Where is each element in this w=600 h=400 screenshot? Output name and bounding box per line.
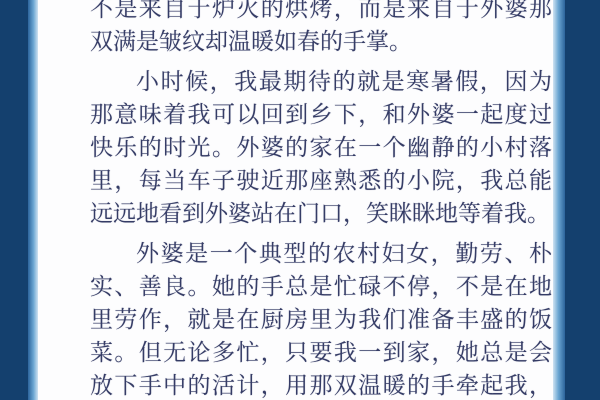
text-line: 菜。但无论多忙，只要我一到家，她总是会 <box>90 336 552 369</box>
text-line: 小时候，我最期待的就是寒暑假，因为 <box>90 65 552 98</box>
text-line: 快乐的时光。外婆的家在一个幽静的小村落 <box>90 131 552 164</box>
right-border-bar <box>565 0 600 400</box>
text-line: 放下手中的活计，用那双温暖的手牵起我， <box>90 369 552 400</box>
left-border-bar <box>0 0 28 400</box>
text-line: 实、善良。她的手总是忙碌不停，不是在地 <box>90 270 552 303</box>
text-line: 双满是皱纹却温暖如春的手掌。 <box>90 25 552 58</box>
text-line: 里，每当车子驶近那座熟悉的小院，我总能 <box>90 164 552 197</box>
text-line: 远远地看到外婆站在门口，笑眯眯地等着我。 <box>90 197 552 230</box>
text-line: 里劳作，就是在厨房里为我们准备丰盛的饭 <box>90 303 552 336</box>
essay-text-block: 不是来自于炉火的烘烤，而是来自于外婆那 双满是皱纹却温暖如春的手掌。 小时候，我… <box>90 0 552 400</box>
photographed-document-page: 不是来自于炉火的烘烤，而是来自于外婆那 双满是皱纹却温暖如春的手掌。 小时候，我… <box>0 0 600 400</box>
text-line: 不是来自于炉火的烘烤，而是来自于外婆那 <box>90 0 552 25</box>
left-accent-strip <box>28 0 38 400</box>
text-line: 外婆是一个典型的农村妇女，勤劳、朴 <box>90 237 552 270</box>
right-accent-strip <box>553 0 565 400</box>
text-line: 那意味着我可以回到乡下，和外婆一起度过 <box>90 98 552 131</box>
document-sheet: 不是来自于炉火的烘烤，而是来自于外婆那 双满是皱纹却温暖如春的手掌。 小时候，我… <box>38 0 553 400</box>
